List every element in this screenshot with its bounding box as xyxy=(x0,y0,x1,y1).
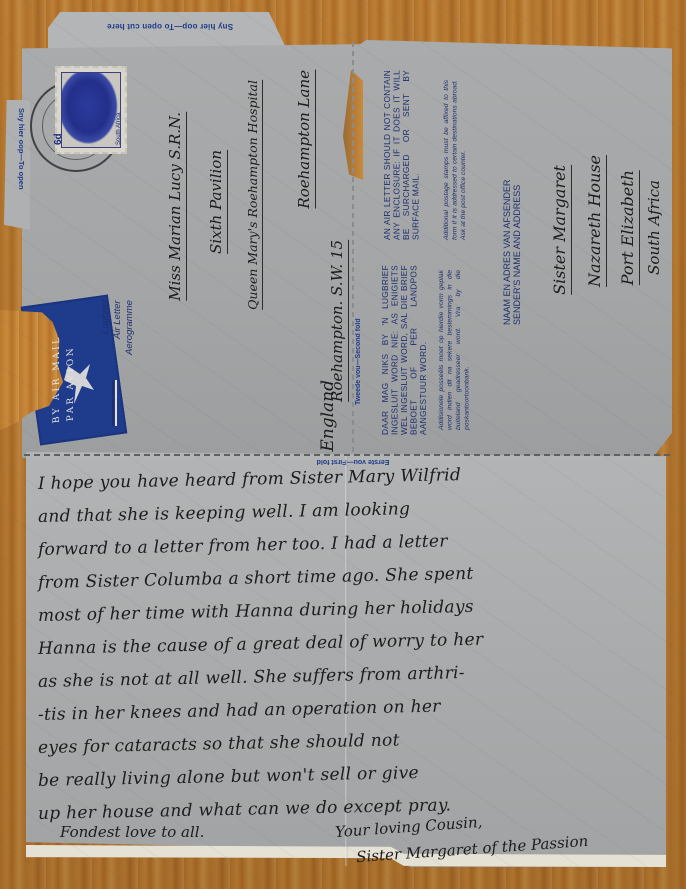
recipient-line-hospital: Queen Mary's Roehampton Hospital xyxy=(245,80,263,310)
postage-note-english: Additional postage stamps must be affixe… xyxy=(443,80,469,240)
postage-stamp: South Africa 6d xyxy=(55,66,127,154)
sender-line-name: Sister Margaret xyxy=(550,165,572,295)
letter-closing-greeting: Fondest love to all. xyxy=(60,823,204,841)
sender-heading-afrikaans: NAAM EN ADRES VAN AFSENDER xyxy=(502,155,512,325)
form-type-english: Air Letter xyxy=(112,300,124,390)
left-flap-instruction: Sny hier oop—To open xyxy=(6,108,26,228)
sender-heading: NAAM EN ADRES VAN AFSENDER SENDER'S NAME… xyxy=(502,155,522,325)
sender-heading-english: SENDER'S NAME AND ADDRESS xyxy=(512,155,522,325)
recipient-line-ward: Sixth Pavilion xyxy=(207,150,228,254)
sender-line-country: South Africa xyxy=(645,180,665,275)
bird-icon xyxy=(60,360,100,410)
notice-afrikaans: DAAR MAG NIKS BY 'N LUGBRIEF INGESLUIT W… xyxy=(381,265,429,435)
form-type-afrikaans: Lugbrief xyxy=(100,300,112,390)
stamp-country: South Africa xyxy=(116,67,122,145)
recipient-line-street: Roehampton Lane xyxy=(295,70,316,209)
stamp-image: South Africa 6d xyxy=(61,72,121,148)
second-fold-line xyxy=(352,42,354,458)
form-type-label: Lugbrief Air Letter Aerogramme xyxy=(100,300,136,390)
sender-line-house: Nazareth House xyxy=(585,155,607,287)
top-flap-instruction: Sny hier oop—To open cut here xyxy=(70,22,270,31)
recipient-line-country: England xyxy=(318,380,340,452)
postage-note-afrikaans: Addisionele posseëls moet op hierdie vor… xyxy=(438,270,472,430)
recipient-line-town: Roehampton. S.W. 15 xyxy=(328,240,349,402)
form-type-french: Aerogramme xyxy=(124,300,136,390)
letter-text: I hope you have heard from Sister Mary W… xyxy=(38,468,663,831)
notice-english: AN AIR LETTER SHOULD NOT CONTAIN ANY ENC… xyxy=(383,70,421,240)
sender-line-city: Port Elizabeth xyxy=(618,170,640,285)
form-type-rule xyxy=(112,380,117,426)
second-fold-label: Tweede vou—Second fold xyxy=(355,265,362,405)
recipient-line-name: Miss Marian Lucy S.R.N. xyxy=(166,112,187,301)
stamp-value: 6d xyxy=(53,133,64,145)
